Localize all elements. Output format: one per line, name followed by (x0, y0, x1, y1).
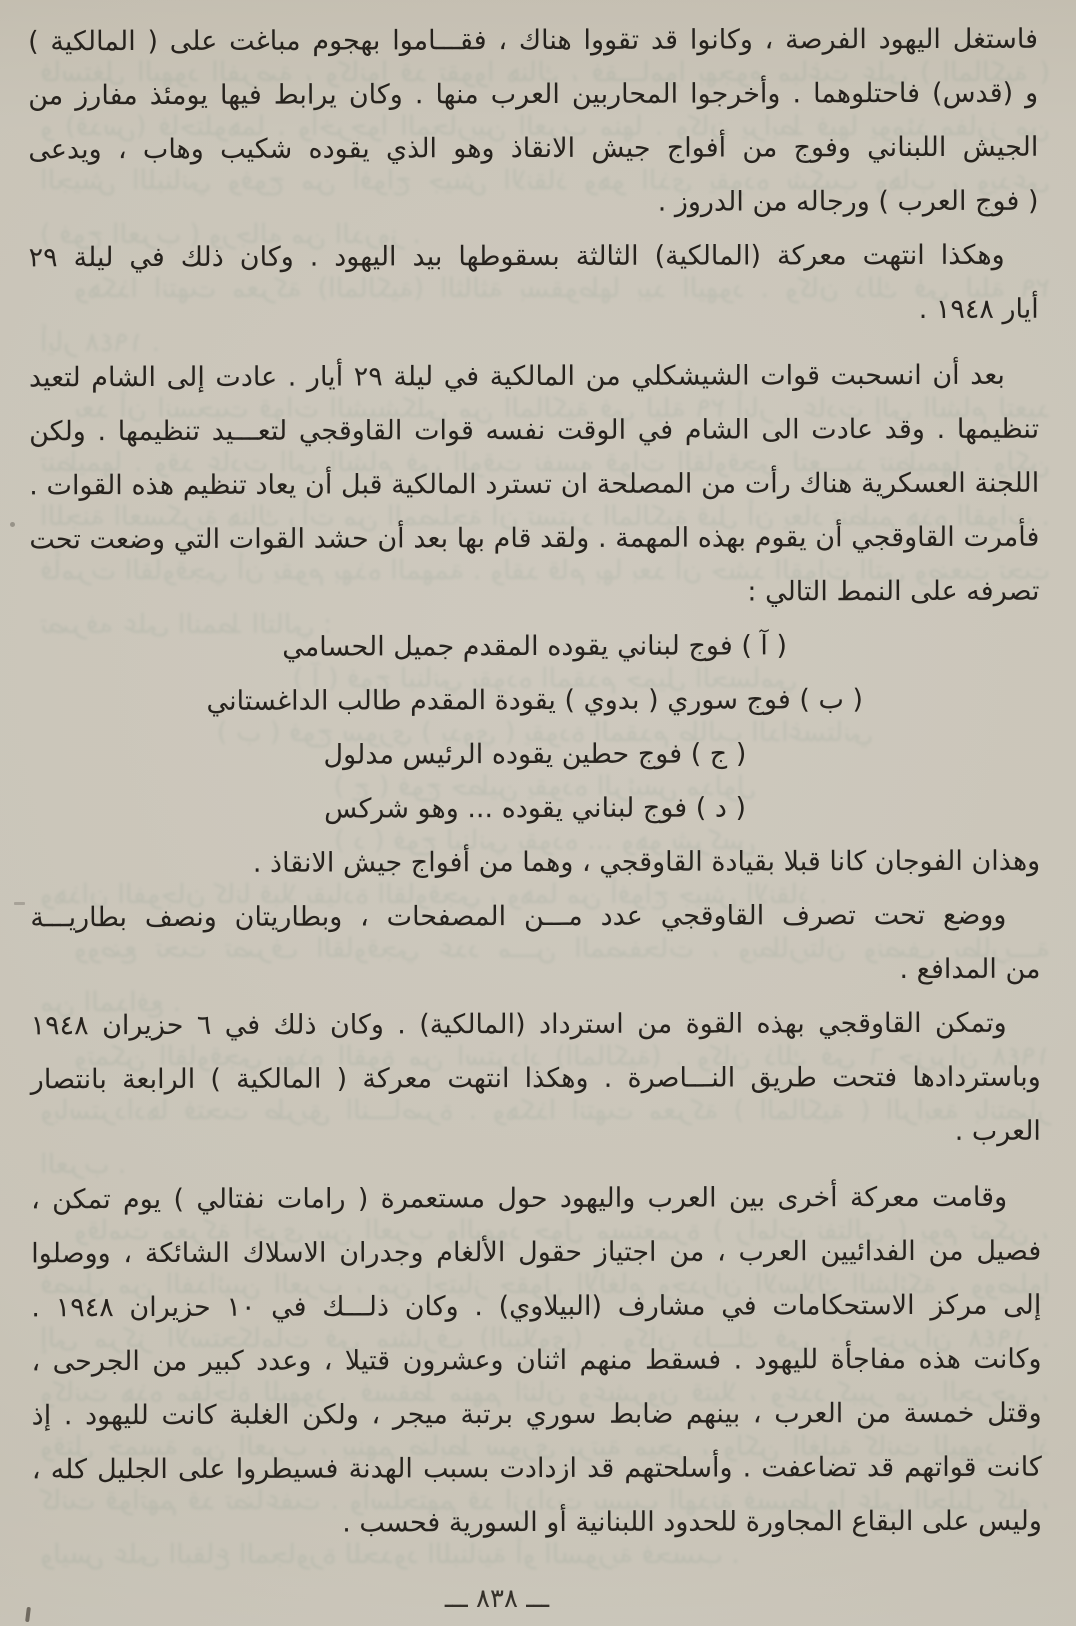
paragraph-line: و (قدس) فاحتلوهما . وأخرجوا المحاربين ال… (28, 67, 1038, 124)
paragraph-line: وهذان الفوجان كانا قبلا بقيادة القاوقجي … (30, 835, 1040, 892)
scan-artifact (14, 902, 25, 905)
paragraph-line: إلى مركز الاستحكامات في مشارف (البيلاوي)… (31, 1279, 1041, 1336)
paragraph-line: وكانت هذه مفاجأة لليهود . فسقط منهم اثنا… (31, 1333, 1041, 1390)
force-list-item: ( ب ) فوج سوري ( بدوي ) يقودة المقدم طال… (30, 673, 1040, 730)
paragraph-line: وتمكن القاوقجي بهذه القوة من استرداد (ال… (31, 997, 1041, 1054)
paragraph-line: ( فوج العرب ) ورجاله من الدروز . (28, 175, 1038, 232)
paragraph-line: من المدافع . (30, 943, 1040, 1000)
paragraph-line: وهكذا انتهت معركة (المالكية) الثالثة بسق… (29, 229, 1039, 286)
paragraph-line: فأمرت القاوقجي أن يقوم بهذه المهمة . ولق… (29, 511, 1039, 568)
paragraph-line: كانت قواتهم قد تضاعفت . وأسلحتهم قد ازدا… (32, 1441, 1042, 1498)
paragraph-line: أيار ١٩٤٨ . (29, 283, 1039, 340)
paragraph-line: بعد أن انسحبت قوات الشيشكلي من المالكية … (29, 349, 1039, 406)
paragraph-line: فصيل من الفدائيين العرب ، من اجتياز حقول… (31, 1225, 1041, 1282)
force-list-item: ( آ ) فوج لبناني يقوده المقدم جميل الحسا… (30, 619, 1040, 676)
force-list-item: ( د ) فوج لبناني يقوده ... وهو شركس (30, 781, 1040, 838)
paragraph-line: وباستردادها فتحت طريق النـــاصرة . وهكذا… (31, 1051, 1041, 1108)
paragraph-line: فاستغل اليهود الفرصة ، وكانوا قد تقووا ه… (28, 13, 1038, 70)
paragraph-line: وليس على البقاع المجاورة للحدود اللبناني… (32, 1495, 1042, 1552)
paragraph-line: العرب . (31, 1105, 1041, 1162)
paragraph-line: وقتل خمسة من العرب ، بينهم ضابط سوري برت… (32, 1387, 1042, 1444)
scanned-book-page: فاستغل اليهود الفرصة ، وكانوا قد تقووا ه… (0, 0, 1076, 1626)
paragraph-line: وقامت معركة أخرى بين العرب واليهود حول م… (31, 1171, 1041, 1228)
paragraph-line: ووضع تحت تصرف القاوقجي عدد مـــن المصفحا… (30, 889, 1040, 946)
paragraph-line: اللجنة العسكرية هناك رأت من المصلحة ان ت… (29, 457, 1039, 514)
page-text-block: فاستغل اليهود الفرصة ، وكانوا قد تقووا ه… (28, 13, 1042, 1552)
scan-artifact (10, 522, 15, 527)
paragraph-line: تنظيمها . وقد عادت الى الشام في الوقت نف… (29, 403, 1039, 460)
paragraph-line: تصرفه على النمط التالي : (29, 565, 1039, 622)
paragraph-line: الجيش اللبناني وفوج من أفواج جيش الانقاذ… (28, 121, 1038, 178)
force-list-item: ( ج ) فوج حطين يقوده الرئيس مدلول (30, 727, 1040, 784)
page-number: ـــ ٨٣٨ ـــ (0, 1584, 994, 1614)
